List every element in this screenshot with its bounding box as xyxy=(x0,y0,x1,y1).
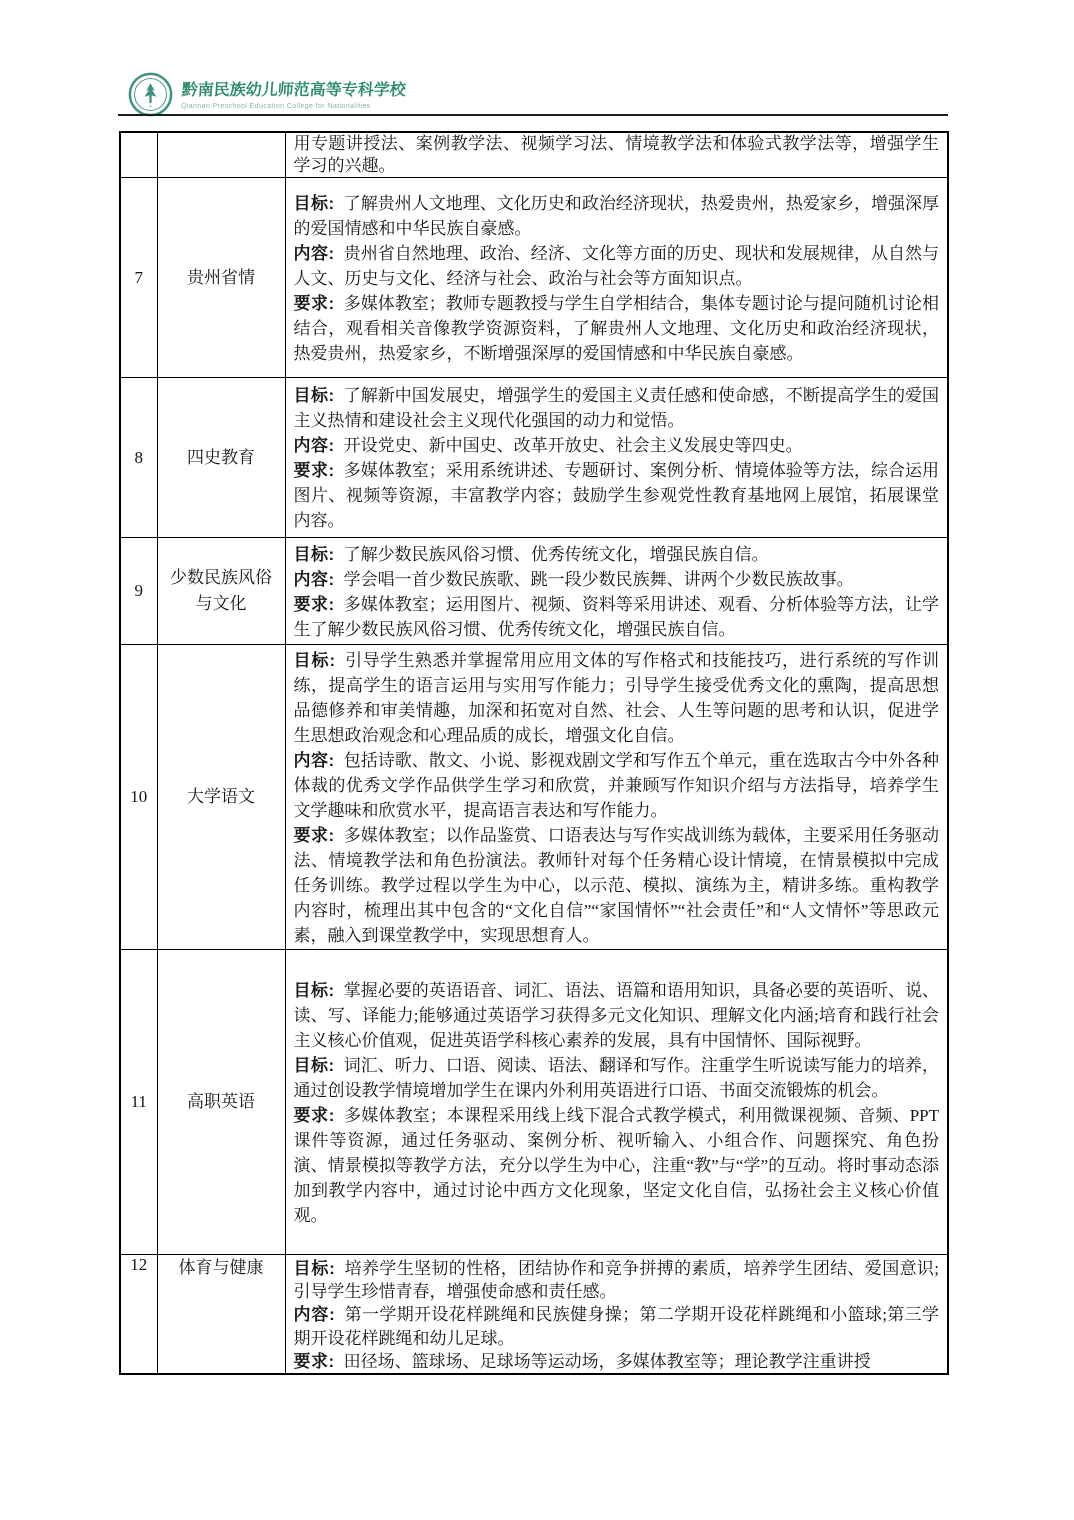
course-details: 用专题讲授法、案例教学法、视频学习法、情境教学法和体验式教学法等，增强学生学习的… xyxy=(285,132,948,178)
section-requirement: 要求:多媒体教室；采用系统讲述、专题研讨、案例分析、情境体验等方法，综合运用图片… xyxy=(294,458,940,533)
course-details: 目标:了解新中国发展史，增强学生的爱国主义责任感和使命感，不断提高学生的爱国主义… xyxy=(285,378,948,538)
section-goal: 目标:引导学生熟悉并掌握常用应用文体的写作格式和技能技巧，进行系统的写作训练，提… xyxy=(294,648,940,748)
section-content: 内容:学会唱一首少数民族歌、跳一段少数民族舞、讲两个少数民族故事。 xyxy=(294,567,940,592)
table-row-7: 7 贵州省情 目标:了解贵州人文地理、文化历史和政治经济现状，热爱贵州，热爱家乡… xyxy=(120,178,948,378)
school-seal-icon xyxy=(128,72,173,117)
section-goal: 目标:培养学生坚韧的性格，团结协作和竞争拼搏的素质，培养学生团结、爱国意识;引导… xyxy=(294,1257,940,1303)
row-number: 8 xyxy=(120,378,157,538)
course-name: 少数民族风俗与文化 xyxy=(157,538,285,645)
table-row-9: 9 少数民族风俗与文化 目标:了解少数民族风俗习惯、优秀传统文化，增强民族自信。… xyxy=(120,538,948,645)
table-row-11: 11 高职英语 目标:掌握必要的英语语音、词汇、语法、语篇和语用知识，具备必要的… xyxy=(120,950,948,1255)
school-name-cn: 黔南民族幼儿师范高等专科学校 xyxy=(181,77,407,100)
row-number: 7 xyxy=(120,178,157,378)
section-content: 内容:包括诗歌、散文、小说、影视戏剧文学和写作五个单元，重在选取古今中外各种体裁… xyxy=(294,748,940,823)
section-content: 内容:第一学期开设花样跳绳和民族健身操；第二学期开设花样跳绳和小篮球;第三学期开… xyxy=(294,1303,940,1349)
table-row-continuation: 用专题讲授法、案例教学法、视频学习法、情境教学法和体验式教学法等，增强学生学习的… xyxy=(120,132,948,178)
course-details: 目标:培养学生坚韧的性格，团结协作和竞争拼搏的素质，培养学生团结、爱国意识;引导… xyxy=(285,1255,948,1375)
row-number xyxy=(120,132,157,178)
course-name: 高职英语 xyxy=(157,950,285,1255)
section-requirement: 要求:多媒体教室；教师专题教授与学生自学相结合，集体专题讨论与提问随机讨论相结合… xyxy=(294,291,940,366)
section-requirement: 要求:多媒体教室；运用图片、视频、资料等采用讲述、观看、分析体验等方法，让学生了… xyxy=(294,592,940,642)
course-name xyxy=(157,132,285,178)
row-number: 10 xyxy=(120,645,157,950)
course-name: 四史教育 xyxy=(157,378,285,538)
section-goal: 目标:了解新中国发展史，增强学生的爱国主义责任感和使命感，不断提高学生的爱国主义… xyxy=(294,383,940,433)
table-row-10: 10 大学语文 目标:引导学生熟悉并掌握常用应用文体的写作格式和技能技巧，进行系… xyxy=(120,645,948,950)
course-details: 目标:了解少数民族风俗习惯、优秀传统文化，增强民族自信。 内容:学会唱一首少数民… xyxy=(285,538,948,645)
section-goal: 目标:掌握必要的英语语音、词汇、语法、语篇和语用知识，具备必要的英语听、说、读、… xyxy=(294,978,940,1053)
header-divider-line xyxy=(118,114,948,116)
row-number: 11 xyxy=(120,950,157,1255)
section-content: 内容:开设党史、新中国史、改革开放史、社会主义发展史等四史。 xyxy=(294,433,940,458)
curriculum-table: 用专题讲授法、案例教学法、视频学习法、情境教学法和体验式教学法等，增强学生学习的… xyxy=(119,131,949,1375)
school-name-en: Qiannan Preschool Education College for … xyxy=(181,103,405,110)
school-name-block: 黔南民族幼儿师范高等专科学校 Qiannan Preschool Educati… xyxy=(181,72,405,110)
section-goal: 目标:了解贵州人文地理、文化历史和政治经济现状，热爱贵州，热爱家乡，增强深厚的爱… xyxy=(294,191,940,241)
course-details: 目标:掌握必要的英语语音、词汇、语法、语篇和语用知识，具备必要的英语听、说、读、… xyxy=(285,950,948,1255)
document-page: 黔南民族幼儿师范高等专科学校 Qiannan Preschool Educati… xyxy=(0,0,1074,1520)
section-goal: 目标:了解少数民族风俗习惯、优秀传统文化，增强民族自信。 xyxy=(294,542,940,567)
section-goal-2: 目标:词汇、听力、口语、阅读、语法、翻译和写作。注重学生听说读写能力的培养，通过… xyxy=(294,1053,940,1103)
course-name: 大学语文 xyxy=(157,645,285,950)
course-details: 目标:引导学生熟悉并掌握常用应用文体的写作格式和技能技巧，进行系统的写作训练，提… xyxy=(285,645,948,950)
section-requirement: 要求:多媒体教室；以作品鉴赏、口语表达与写作实战训练为载体，主要采用任务驱动法、… xyxy=(294,823,940,948)
row-number: 12 xyxy=(120,1255,157,1375)
course-name: 贵州省情 xyxy=(157,178,285,378)
course-name: 体育与健康 xyxy=(157,1255,285,1375)
section-requirement: 要求:田径场、篮球场、足球场等运动场，多媒体教室等；理论教学注重讲授 xyxy=(294,1350,940,1373)
section-requirement: 要求:多媒体教室；本课程采用线上线下混合式教学模式，利用微课视频、音频、PPT … xyxy=(294,1103,940,1228)
table-row-8: 8 四史教育 目标:了解新中国发展史，增强学生的爱国主义责任感和使命感，不断提高… xyxy=(120,378,948,538)
table-row-12: 12 体育与健康 目标:培养学生坚韧的性格，团结协作和竞争拼搏的素质，培养学生团… xyxy=(120,1255,948,1375)
row-number: 9 xyxy=(120,538,157,645)
section-content: 内容:贵州省自然地理、政治、经济、文化等方面的历史、现状和发展规律，从自然与人文… xyxy=(294,241,940,291)
course-details: 目标:了解贵州人文地理、文化历史和政治经济现状，热爱贵州，热爱家乡，增强深厚的爱… xyxy=(285,178,948,378)
page-header: 黔南民族幼儿师范高等专科学校 Qiannan Preschool Educati… xyxy=(128,72,405,117)
section-continuation: 用专题讲授法、案例教学法、视频学习法、情境教学法和体验式教学法等，增强学生学习的… xyxy=(294,133,940,177)
